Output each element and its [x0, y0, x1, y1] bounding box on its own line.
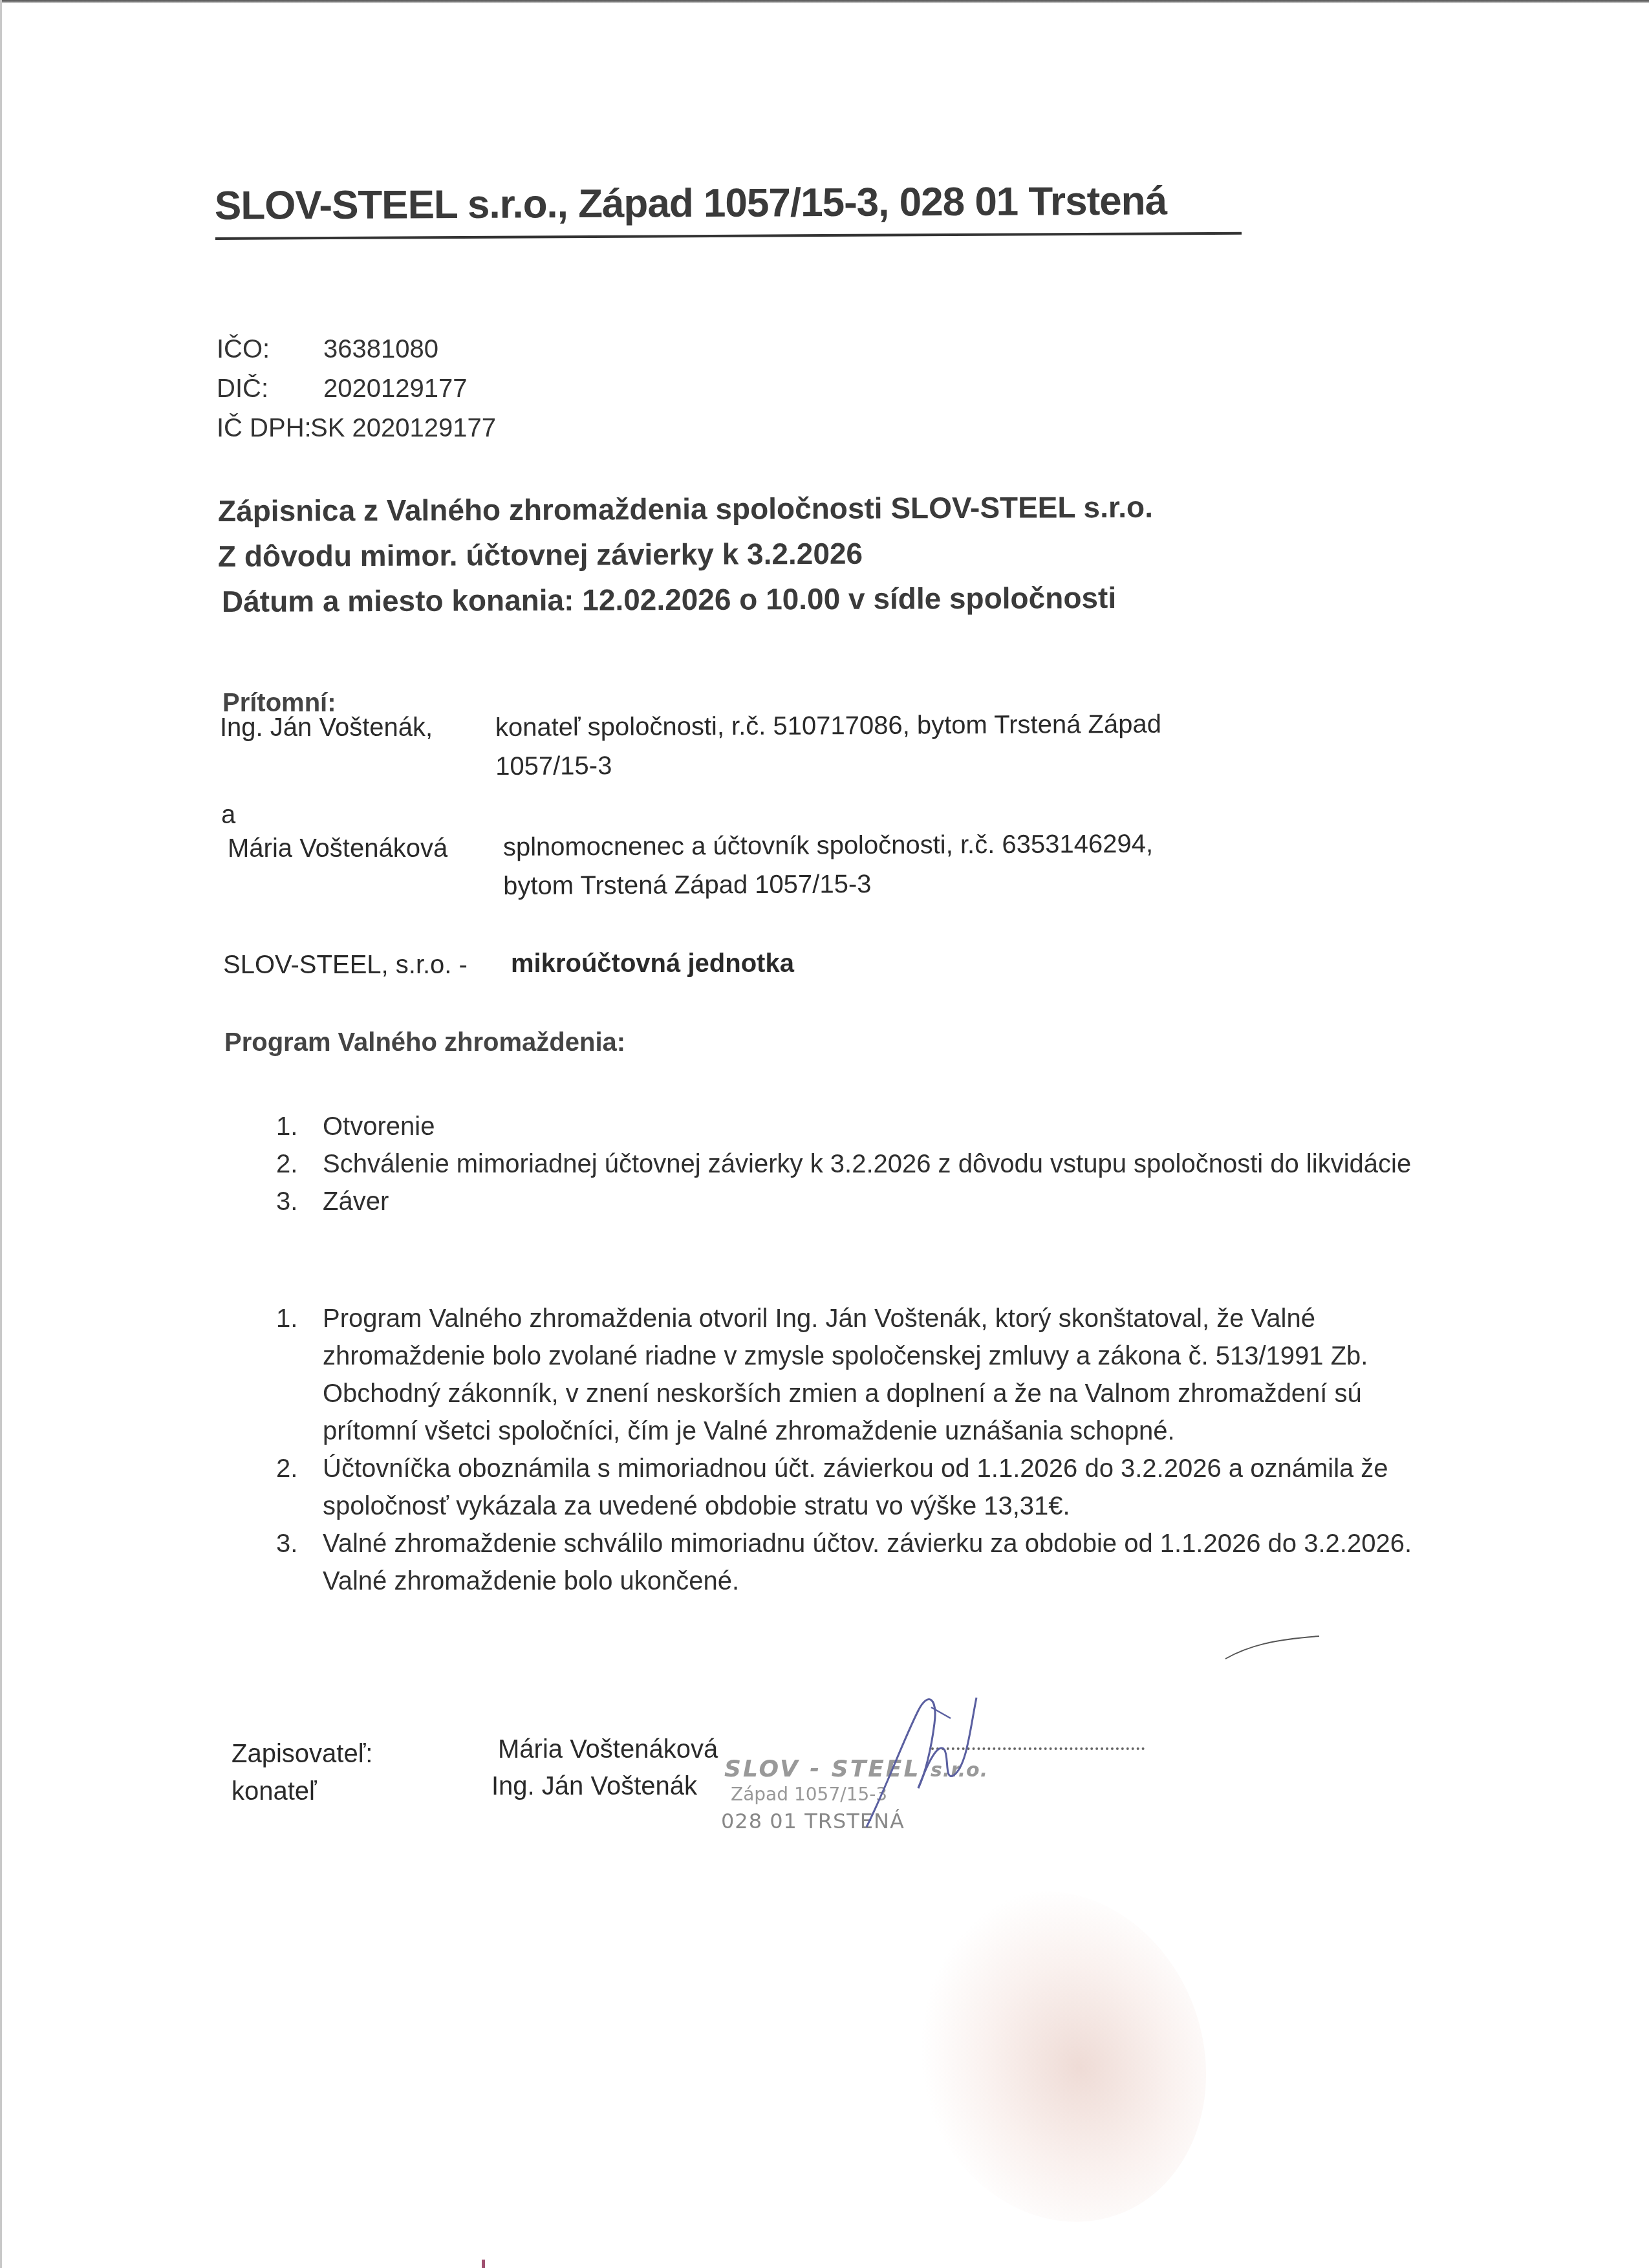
icdph-value: SK 2020129177 [310, 409, 496, 448]
dic-row: DIČ: 2020129177 [217, 369, 496, 409]
icdph-row: IČ DPH: SK 2020129177 [217, 409, 496, 448]
person-1-name: Ing. Ján Voštenák, [220, 713, 433, 742]
ico-label: IČO: [217, 330, 323, 369]
ico-row: IČO: 36381080 [217, 330, 496, 369]
person-2-desc: splnomocnenec a účtovník spoločnosti, r.… [503, 825, 1154, 905]
minutes-point: 3.Valné zhromaždenie schválilo mimoriadn… [276, 1525, 1466, 1600]
company-header-title: SLOV-STEEL s.r.o., Západ 1057/15-3, 028 … [215, 178, 1167, 229]
conjunction: a [221, 801, 235, 830]
handwritten-signature-icon [841, 1678, 1048, 1833]
agenda-list: 1.Otvorenie 2.Schválenie mimoriadnej účt… [276, 1108, 1466, 1220]
person-1-desc-line-1: konateľ spoločnosti, r.č. 510717086, byt… [495, 705, 1161, 747]
heading-line-1: Zápisnica z Valného zhromaždenia spoločn… [218, 484, 1153, 534]
agenda-item: 3.Záver [276, 1183, 1466, 1220]
person-2-name: Mária Voštenáková [228, 834, 447, 863]
director-label: konateľ [232, 1777, 317, 1806]
entity-type-value: mikroúčtovná jednotka [511, 949, 794, 978]
icdph-label: IČ DPH: [217, 409, 310, 448]
dic-label: DIČ: [217, 369, 323, 409]
program-heading: Program Valného zhromaždenia: [224, 1028, 625, 1057]
heading-line-3: Dátum a miesto konania: 12.02.2026 o 10.… [222, 575, 1153, 624]
person-2-desc-line-1: splnomocnenec a účtovník spoločnosti, r.… [503, 825, 1153, 867]
pen-mark [482, 2260, 485, 2268]
recorder-name: Mária Voštenáková [498, 1735, 718, 1764]
scan-top-edge [0, 0, 1649, 3]
agenda-item: 1.Otvorenie [276, 1108, 1466, 1145]
director-name: Ing. Ján Voštenák [491, 1772, 697, 1801]
minutes-point: 1.Program Valného zhromaždenia otvoril I… [276, 1300, 1466, 1450]
scan-left-edge [0, 0, 2, 2268]
scan-smudge [869, 1850, 1251, 2263]
title-underline [215, 232, 1242, 240]
heading-line-2: Z dôvodu mimor. účtovnej závierky k 3.2.… [218, 530, 1153, 579]
company-identifiers: IČO: 36381080 DIČ: 2020129177 IČ DPH: SK… [217, 330, 496, 448]
person-2-desc-line-2: bytom Trstená Západ 1057/15-3 [503, 863, 1153, 905]
person-1-desc: konateľ spoločnosti, r.č. 510717086, byt… [495, 705, 1162, 786]
agenda-item: 2.Schválenie mimoriadnej účtovnej závier… [276, 1145, 1466, 1183]
ico-value: 36381080 [323, 330, 438, 369]
minutes-point: 2.Účtovníčka oboznámila s mimoriadnou úč… [276, 1450, 1466, 1525]
entity-type-label: SLOV-STEEL, s.r.o. - [223, 951, 468, 980]
recorder-label: Zapisovateľ: [232, 1740, 372, 1769]
dic-value: 2020129177 [323, 369, 467, 409]
minutes-heading: Zápisnica z Valného zhromaždenia spoločn… [218, 488, 1153, 624]
person-1-desc-line-2: 1057/15-3 [495, 744, 1161, 786]
pen-stroke-icon [1222, 1630, 1326, 1669]
minutes-points-list: 1.Program Valného zhromaždenia otvoril I… [276, 1300, 1466, 1600]
